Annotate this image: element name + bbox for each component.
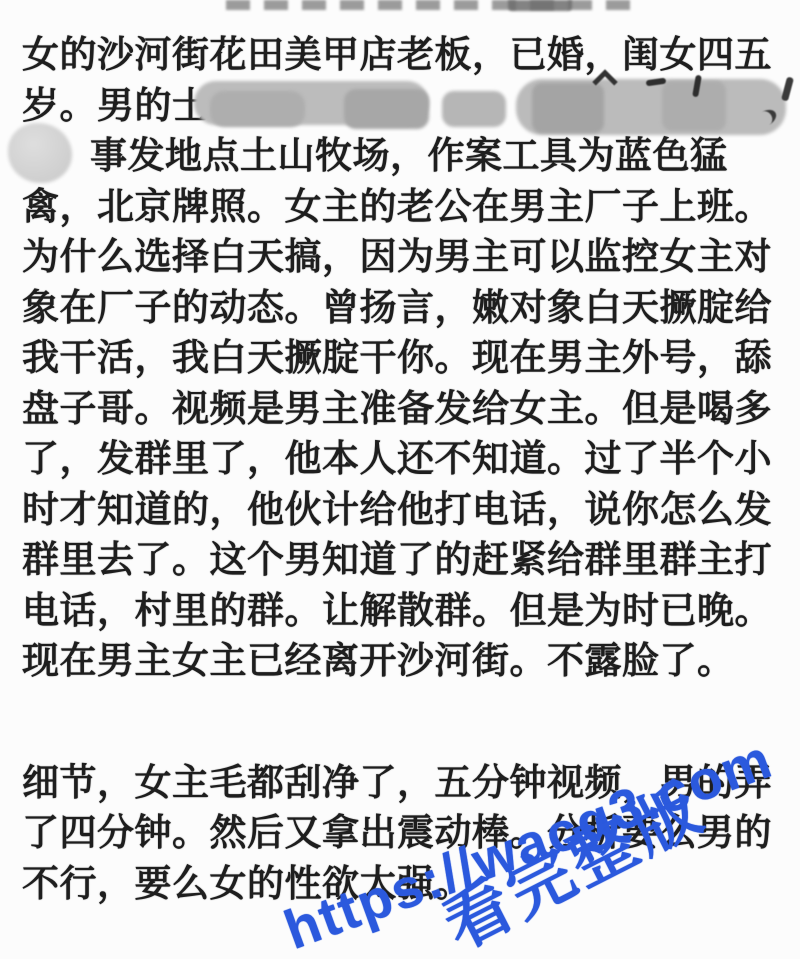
text-line: 禽，北京牌照。女主的老公在男主厂子上班。	[22, 182, 782, 233]
text-line: 我干活，我白天撅腚干你。现在男主外号，舔	[22, 333, 782, 384]
text-line: 事发地点土山牧场，作案工具为蓝色猛	[90, 135, 728, 176]
text-line-with-censor: 岁。男的士	[22, 81, 782, 132]
cropped-header-remnant	[226, 0, 642, 10]
cropped-header-remnant-dark	[508, 0, 572, 11]
censor-blob	[442, 91, 506, 127]
text-line: 岁。男的士	[22, 85, 210, 126]
text-line: 为什么选择白天搞，因为男主可以监控女主对	[22, 232, 782, 283]
text-line: 电话，村里的群。让解散群。但是为时已晚。	[22, 586, 782, 637]
text-line: 盘子哥。视频是男主准备发给女主。但是喝多	[22, 384, 782, 435]
text-line: 现在男主女主已经离开沙河街。不露脸了。	[22, 636, 782, 687]
censor-blob	[532, 83, 604, 133]
text-line: 象在厂子的动态。曾扬言，嫩对象白天撅腚给	[22, 283, 782, 334]
text-line: 了，发群里了，他本人还不知道。过了半个小	[22, 434, 782, 485]
censor-blob	[344, 89, 429, 129]
censored-emoji-blob	[8, 123, 72, 183]
text-line: 时才知道的，他伙计给他打电话，说你怎么发	[22, 485, 782, 536]
text-line: 事发地点土山牧场，作案工具为蓝色猛	[22, 131, 782, 182]
glyph-fragment	[781, 76, 794, 101]
censor-blur-bar	[194, 81, 794, 131]
text-line: 群里去了。这个男知道了的赶紧给群里群主打	[22, 535, 782, 586]
censor-blob	[210, 91, 305, 127]
screenshot-root: 女的沙河街花田美甲店老板，已婚，闺女四五 岁。男的士 事发地点土山牧场，作案	[0, 0, 800, 959]
text-line: 女的沙河街花田美甲店老板，已婚，闺女四五	[22, 30, 782, 81]
